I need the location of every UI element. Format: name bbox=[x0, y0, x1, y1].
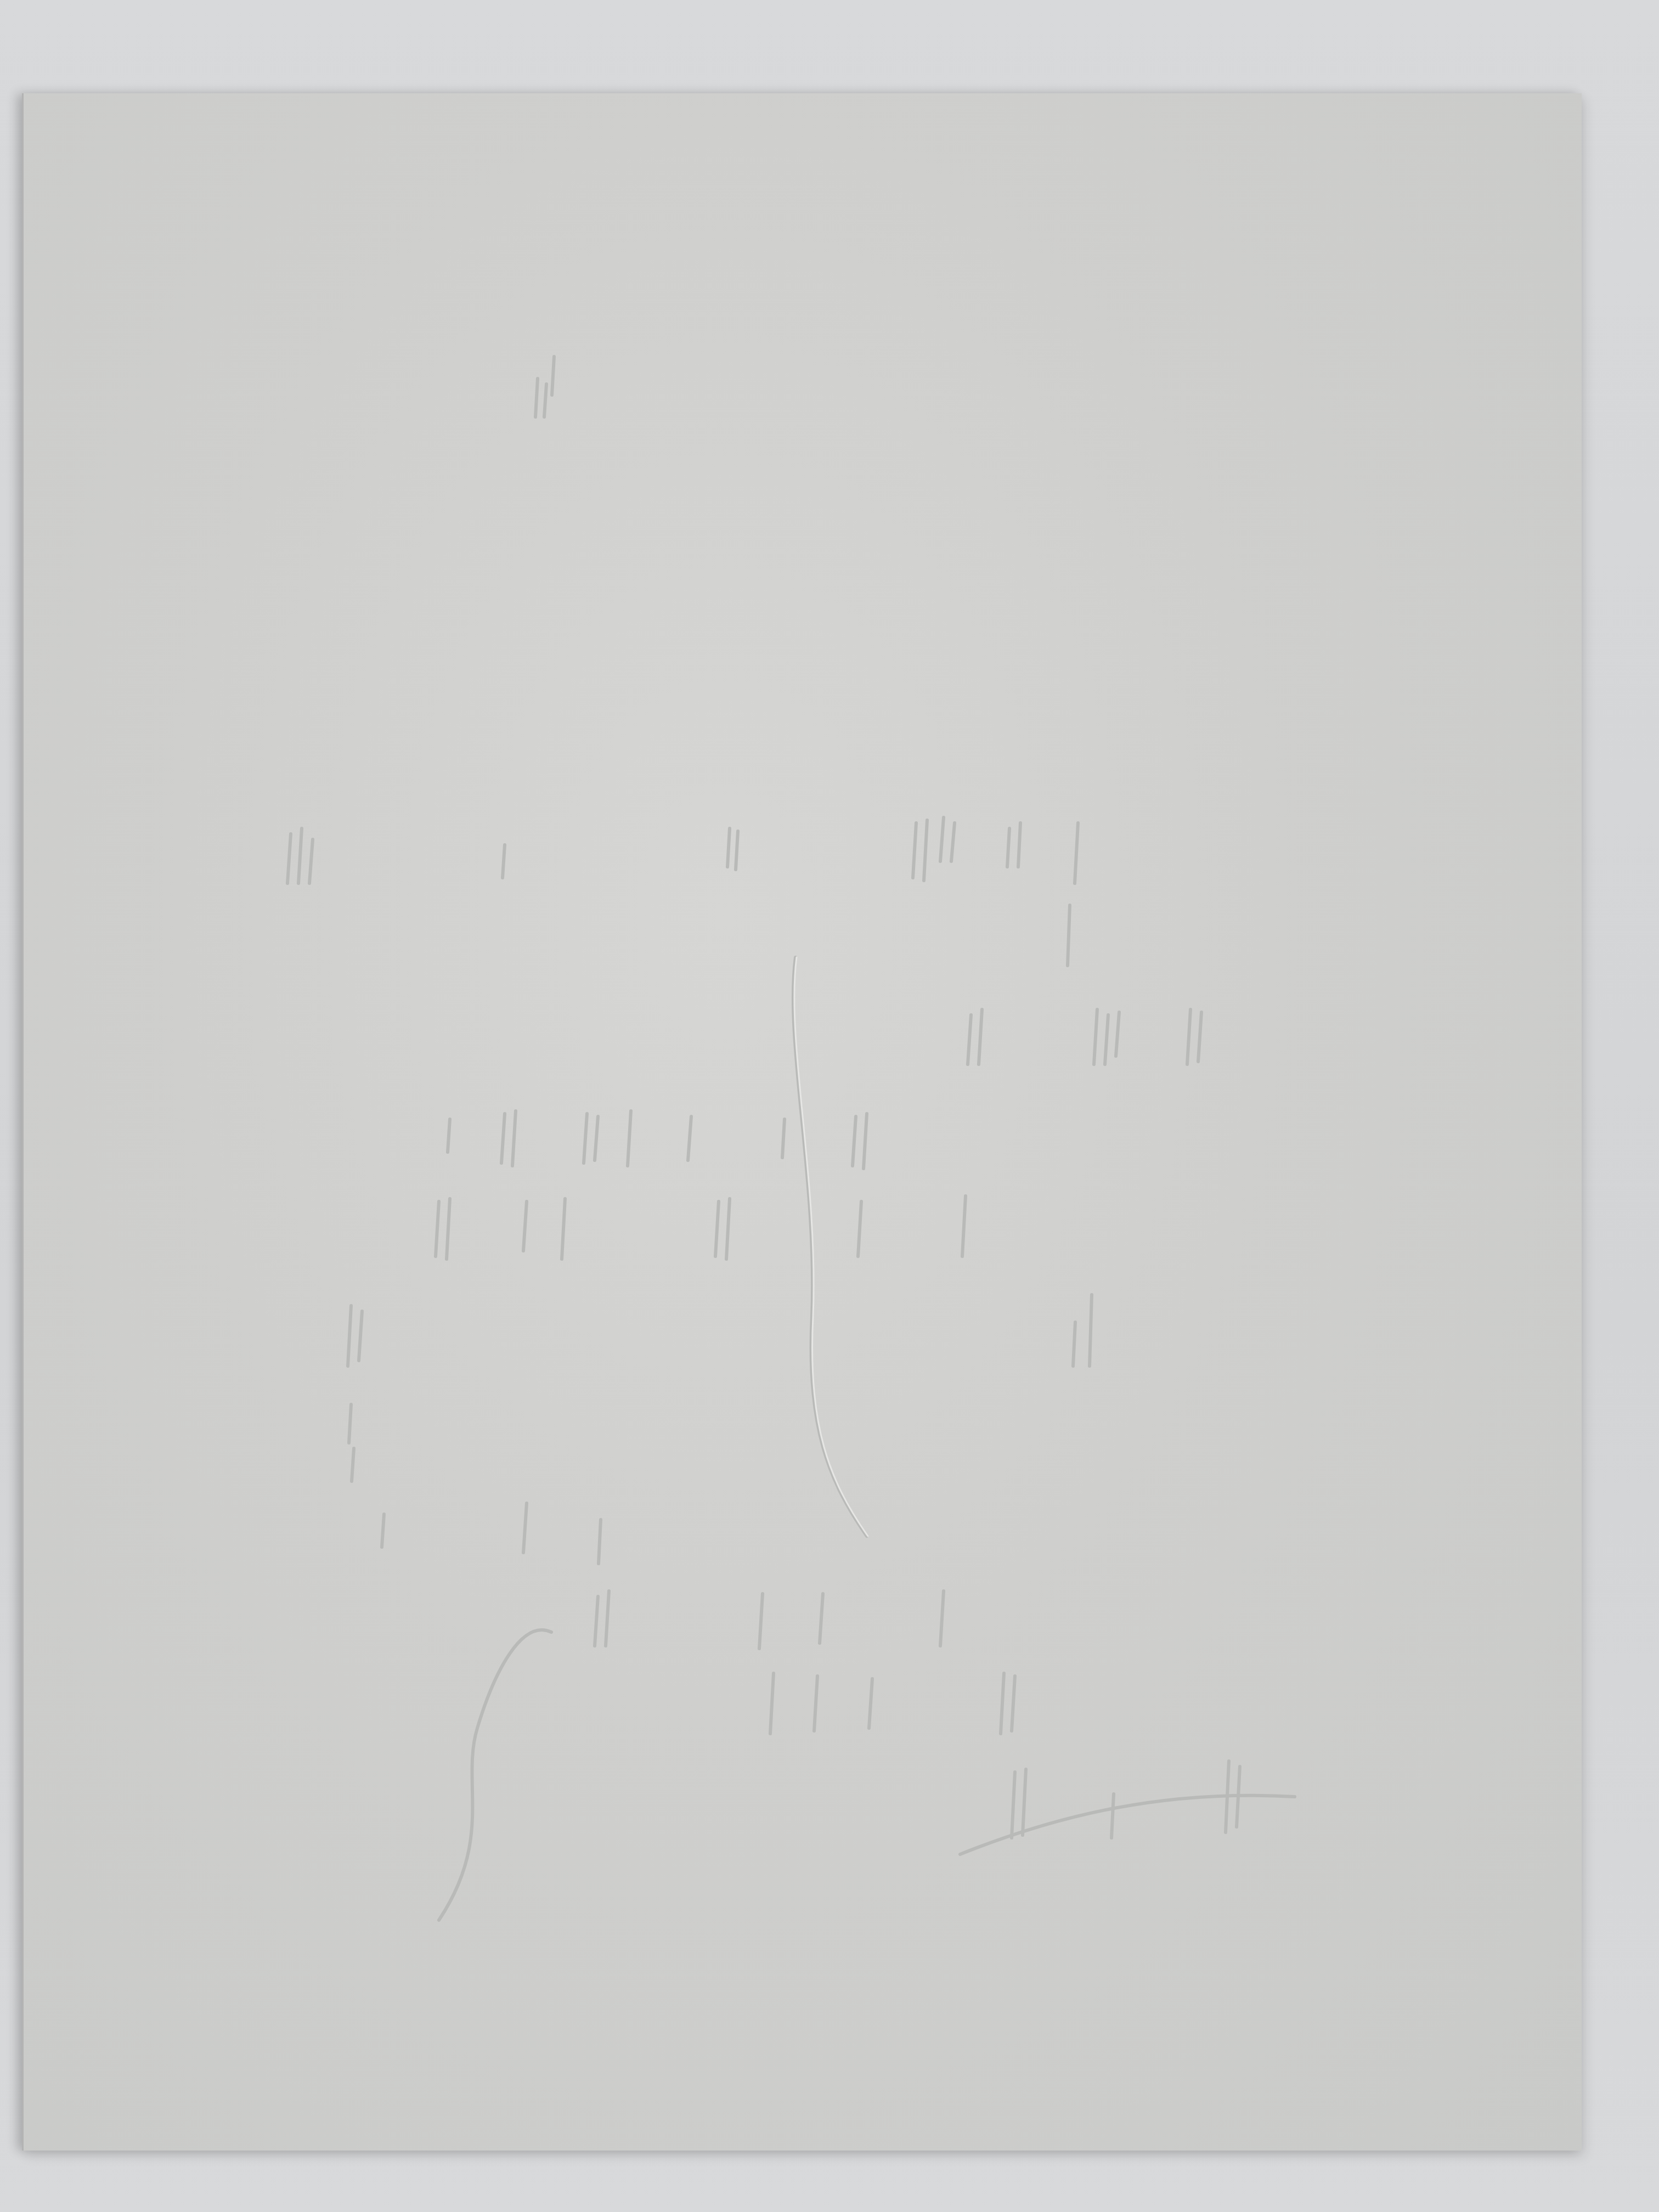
thread-lines bbox=[439, 957, 1295, 1920]
mark-row-4 bbox=[348, 1295, 1240, 1838]
mark-row-3 bbox=[436, 1111, 966, 1259]
embossed-marks bbox=[0, 0, 1659, 2212]
mark-row-1 bbox=[287, 817, 1078, 883]
mark-row-2 bbox=[968, 905, 1201, 1064]
mark-group-top bbox=[535, 357, 554, 417]
